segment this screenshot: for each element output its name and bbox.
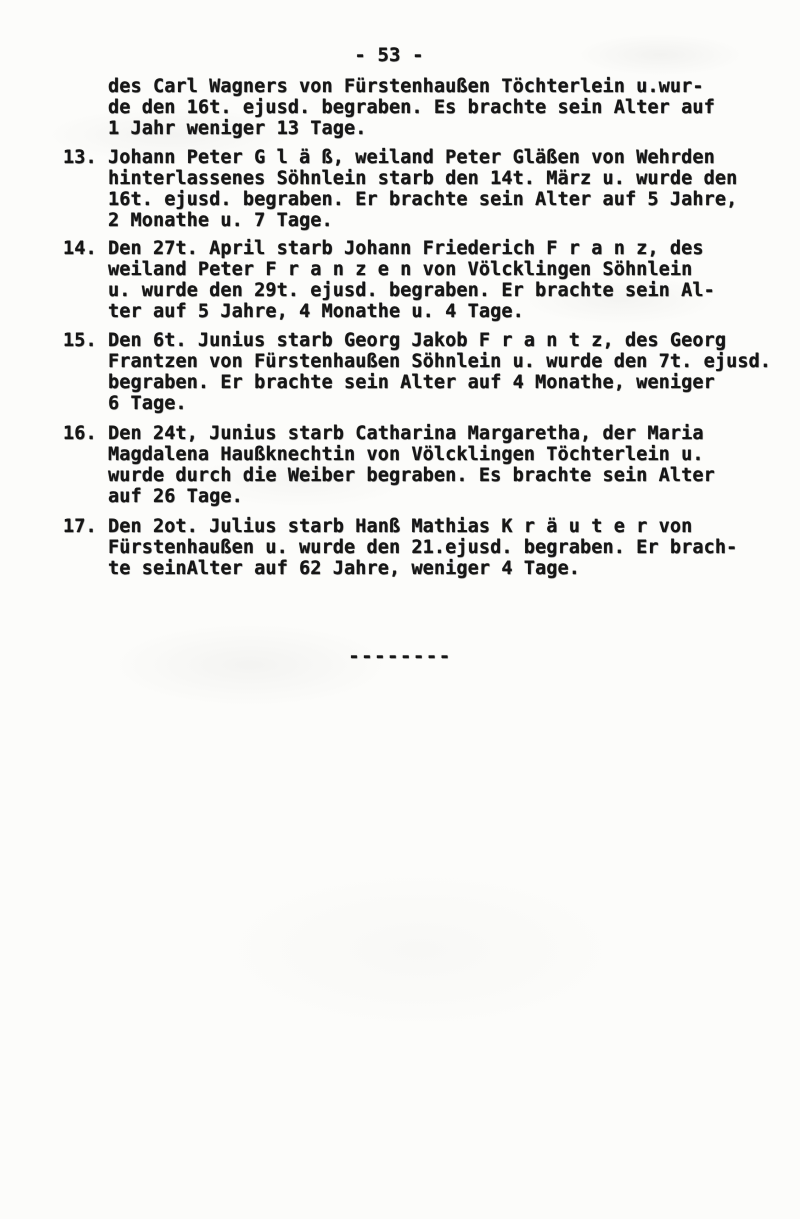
entry-text: Den 24t, Junius starb Catharina Margaret… (108, 423, 715, 507)
text-line: weiland Peter F r a n z e n von Völcklin… (108, 259, 715, 280)
text-line: Frantzen von Fürstenhaußen Söhnlein u. w… (108, 351, 771, 372)
text-line: Den 24t, Junius starb Catharina Margaret… (108, 423, 715, 444)
text-line: ter auf 5 Jahre, 4 Monathe u. 4 Tage. (108, 301, 715, 322)
entry-text: Den 27t. April starb Johann Friederich F… (108, 238, 715, 322)
entry-text: Den 2ot. Julius starb Hanß Mathias K r ä… (108, 516, 737, 579)
entry-text: Johann Peter G l ä ß, weiland Peter Gläß… (108, 147, 737, 231)
text-line: begraben. Er brachte sein Alter auf 4 Mo… (108, 372, 771, 393)
register-entry: 15. Den 6t. Junius starb Georg Jakob F r… (63, 330, 771, 414)
entry-number: 15. (63, 330, 108, 351)
entry-number: 17. (63, 516, 108, 537)
text-line: Den 27t. April starb Johann Friederich F… (108, 238, 715, 259)
text-line: auf 26 Tage. (108, 486, 715, 507)
text-line: Den 2ot. Julius starb Hanß Mathias K r ä… (108, 516, 737, 537)
text-line: Magdalena Haußknechtin von Völcklingen T… (108, 444, 715, 465)
register-entry: 13. Johann Peter G l ä ß, weiland Peter … (63, 147, 737, 231)
text-line: 1 Jahr weniger 13 Tage. (108, 118, 715, 139)
text-line: wurde durch die Weiber begraben. Es brac… (108, 465, 715, 486)
text-line: des Carl Wagners von Fürstenhaußen Töcht… (108, 76, 715, 97)
register-entry: 14. Den 27t. April starb Johann Friederi… (63, 238, 715, 322)
text-line: 16t. ejusd. begraben. Er brachte sein Al… (108, 189, 737, 210)
register-entry: 16. Den 24t, Junius starb Catharina Marg… (63, 423, 715, 507)
scanned-typescript-page: - 53 - des Carl Wagners von Fürstenhauße… (0, 0, 800, 1219)
entry-text: Den 6t. Junius starb Georg Jakob F r a n… (108, 330, 771, 414)
entry-number: 13. (63, 147, 108, 168)
page-number: - 53 - (0, 45, 778, 66)
text-line: te seinAlter auf 62 Jahre, weniger 4 Tag… (108, 558, 737, 579)
entry-number: 14. (63, 238, 108, 259)
text-line: 2 Monathe u. 7 Tage. (108, 210, 737, 231)
text-line: hinterlassenes Söhnlein starb den 14t. M… (108, 168, 737, 189)
text-line: Johann Peter G l ä ß, weiland Peter Gläß… (108, 147, 737, 168)
text-line: u. wurde den 29t. ejusd. begraben. Er br… (108, 280, 715, 301)
text-line: Den 6t. Junius starb Georg Jakob F r a n… (108, 330, 771, 351)
paragraph-continuation: des Carl Wagners von Fürstenhaußen Töcht… (108, 76, 715, 139)
divider-dashes: -------- (0, 646, 800, 667)
register-entry: 17. Den 2ot. Julius starb Hanß Mathias K… (63, 516, 737, 579)
text-line: 6 Tage. (108, 393, 771, 414)
entry-number: 16. (63, 423, 108, 444)
text-line: de den 16t. ejusd. begraben. Es brachte … (108, 97, 715, 118)
text-line: Fürstenhaußen u. wurde den 21.ejusd. beg… (108, 537, 737, 558)
